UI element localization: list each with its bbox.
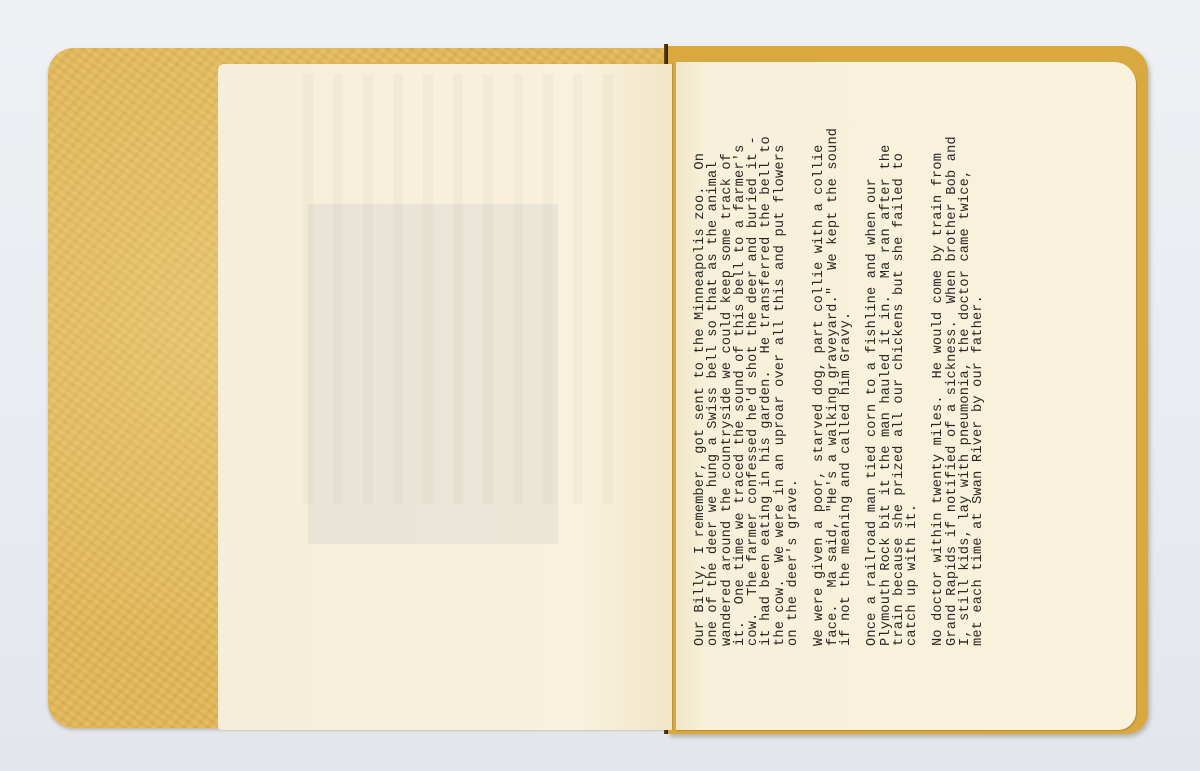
typed-text-block: Our Billy, I remember, got sent to the M… [694,76,999,646]
text-line: Grand Rapids if notified of a sickness. … [946,76,959,646]
text-line: the cow. We were in an uproar over all t… [774,76,787,646]
right-page: Our Billy, I remember, got sent to the M… [676,62,1136,730]
text-line: Once a railroad man tied corn to a fishl… [866,76,879,646]
text-line: I, still kids, lay with pneumonia, the d… [959,76,972,646]
text-line: cow. The farmer confessed he'd shot the … [747,76,760,646]
text-line: it had been eating in his garden. He tra… [760,76,773,646]
text-line: Our Billy, I remember, got sent to the M… [694,76,707,646]
show-through-text [303,74,613,504]
text-line: We were given a poor, starved dog, part … [813,76,826,646]
paragraph-railroad: Once a railroad man tied corn to a fishl… [866,76,919,646]
text-line: No doctor within twenty miles. He would … [932,76,945,646]
paragraph-gravy: We were given a poor, starved dog, part … [813,76,853,646]
text-line: wandered around the countryside we could… [721,76,734,646]
paragraph-billy: Our Billy, I remember, got sent to the M… [694,76,800,646]
text-line: it. One time we traced the sound of this… [734,76,747,646]
text-line: one of the deer we hung a Swiss bell so … [707,76,720,646]
text-line: catch up with it. [906,76,919,646]
text-line: met each time at Swan River by our fathe… [972,76,985,646]
left-page [218,64,672,730]
text-line: on the deer's grave. [787,76,800,646]
text-line: Plymouth Rock bit it the man hauled it i… [880,76,893,646]
text-line: train because she prized all our chicken… [893,76,906,646]
text-line: if not the meaning and called him Gravy. [840,76,853,646]
text-line: face. Ma said, "He's a walking graveyard… [827,76,840,646]
paragraph-doctor: No doctor within twenty miles. He would … [932,76,985,646]
